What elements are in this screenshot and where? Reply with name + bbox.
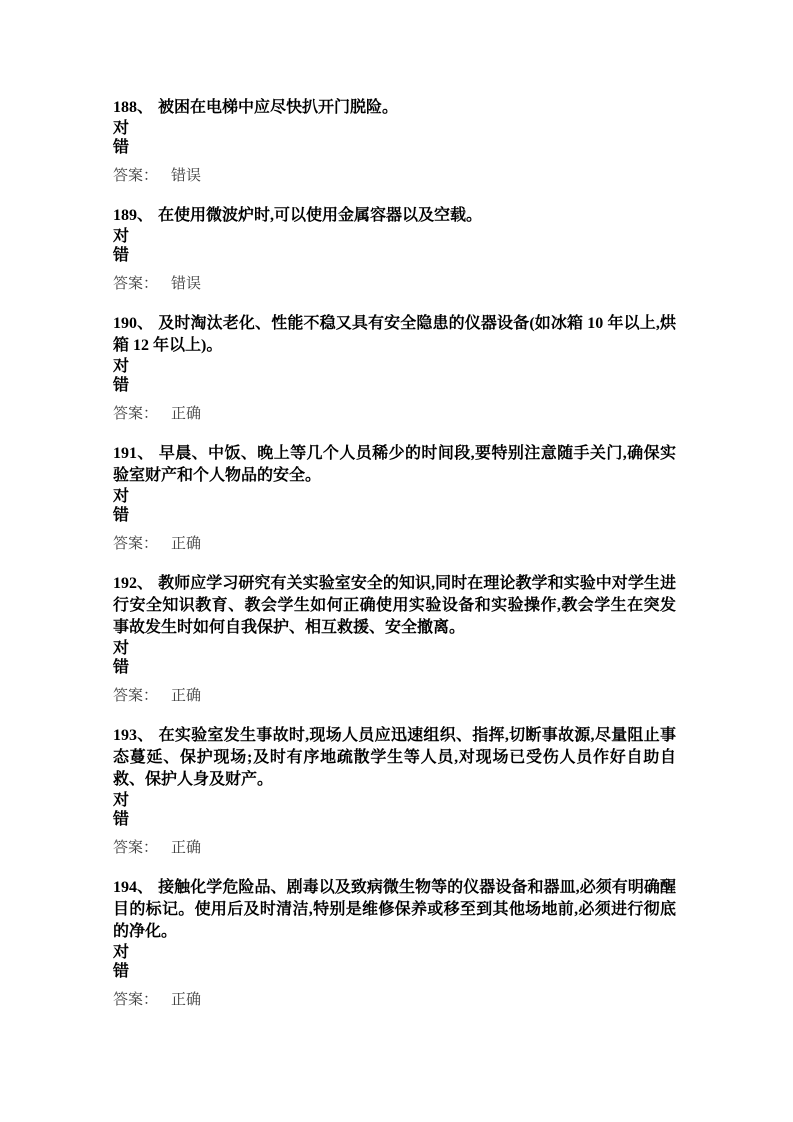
question-body: 早晨、中饭、晚上等几个人员稀少的时间段,要特别注意随手关门,确保实验室财产和个人… (113, 445, 676, 484)
answer-label: 答案： (113, 276, 158, 292)
question-body: 被困在电梯中应尽快扒开门脱险。 (158, 99, 398, 116)
question-block: 194、接触化学危险品、剧毒以及致病微生物等的仪器设备和器皿,必须有明确醒目的标… (113, 877, 676, 1010)
option-false: 错 (113, 138, 676, 157)
answer-label: 答案： (113, 168, 158, 184)
question-text: 193、在实验室发生事故时,现场人员应迅速组织、指挥,切断事故源,尽量阻止事态蔓… (113, 725, 676, 791)
answer-value: 正确 (171, 840, 201, 856)
question-number: 194、 (113, 879, 153, 896)
option-false: 错 (113, 658, 676, 677)
option-true: 对 (113, 357, 676, 376)
question-text: 188、被困在电梯中应尽快扒开门脱险。 (113, 97, 676, 119)
question-body: 在实验室发生事故时,现场人员应迅速组织、指挥,切断事故源,尽量阻止事态蔓延、保护… (113, 727, 676, 788)
question-body: 及时淘汰老化、性能不稳又具有安全隐患的仪器设备(如冰箱 10 年以上,烘箱 12… (113, 315, 676, 354)
answer-label: 答案： (113, 992, 158, 1008)
question-block: 191、早晨、中饭、晚上等几个人员稀少的时间段,要特别注意随手关门,确保实验室财… (113, 443, 676, 554)
question-text: 191、早晨、中饭、晚上等几个人员稀少的时间段,要特别注意随手关门,确保实验室财… (113, 443, 676, 487)
answer-line: 答案：错误 (113, 275, 676, 294)
answer-line: 答案：正确 (113, 991, 676, 1010)
answer-label: 答案： (113, 406, 158, 422)
question-number: 191、 (113, 445, 154, 462)
option-true: 对 (113, 227, 676, 246)
answer-label: 答案： (113, 840, 158, 856)
question-text: 190、及时淘汰老化、性能不稳又具有安全隐患的仪器设备(如冰箱 10 年以上,烘… (113, 313, 676, 357)
option-false: 错 (113, 962, 676, 981)
answer-value: 错误 (171, 168, 201, 184)
question-body: 在使用微波炉时,可以使用金属容器以及空载。 (158, 207, 482, 224)
question-block: 192、教师应学习研究有关实验室安全的知识,同时在理论教学和实验中对学生进行安全… (113, 573, 676, 706)
question-number: 193、 (113, 727, 154, 744)
exam-answer-page: 188、被困在电梯中应尽快扒开门脱险。 对 错 答案：错误 189、在使用微波炉… (0, 0, 793, 1122)
option-false: 错 (113, 810, 676, 829)
question-block: 188、被困在电梯中应尽快扒开门脱险。 对 错 答案：错误 (113, 97, 676, 186)
question-text: 194、接触化学危险品、剧毒以及致病微生物等的仪器设备和器皿,必须有明确醒目的标… (113, 877, 676, 943)
option-true: 对 (113, 119, 676, 138)
question-block: 190、及时淘汰老化、性能不稳又具有安全隐患的仪器设备(如冰箱 10 年以上,烘… (113, 313, 676, 424)
question-body: 教师应学习研究有关实验室安全的知识,同时在理论教学和实验中对学生进行安全知识教育… (113, 575, 676, 636)
answer-value: 错误 (171, 276, 201, 292)
question-text: 192、教师应学习研究有关实验室安全的知识,同时在理论教学和实验中对学生进行安全… (113, 573, 676, 639)
option-true: 对 (113, 639, 676, 658)
option-false: 错 (113, 246, 676, 265)
option-false: 错 (113, 376, 676, 395)
answer-label: 答案： (113, 688, 158, 704)
answer-value: 正确 (171, 536, 201, 552)
question-number: 188、 (113, 99, 153, 116)
question-number: 192、 (113, 575, 153, 592)
answer-line: 答案：正确 (113, 839, 676, 858)
option-true: 对 (113, 791, 676, 810)
option-true: 对 (113, 487, 676, 506)
document-body: { "page": { "background_color": "#ffffff… (0, 0, 793, 1122)
answer-line: 答案：正确 (113, 535, 676, 554)
answer-value: 正确 (171, 688, 201, 704)
question-block: 193、在实验室发生事故时,现场人员应迅速组织、指挥,切断事故源,尽量阻止事态蔓… (113, 725, 676, 858)
question-number: 189、 (113, 207, 153, 224)
question-number: 190、 (113, 315, 153, 332)
answer-value: 正确 (171, 406, 201, 422)
option-true: 对 (113, 943, 676, 962)
question-text: 189、在使用微波炉时,可以使用金属容器以及空载。 (113, 205, 676, 227)
question-body: 接触化学危险品、剧毒以及致病微生物等的仪器设备和器皿,必须有明确醒目的标记。使用… (113, 879, 676, 940)
answer-line: 答案：正确 (113, 405, 676, 424)
answer-value: 正确 (171, 992, 201, 1008)
answer-line: 答案：正确 (113, 687, 676, 706)
answer-label: 答案： (113, 536, 158, 552)
answer-line: 答案：错误 (113, 167, 676, 186)
question-block: 189、在使用微波炉时,可以使用金属容器以及空载。 对 错 答案：错误 (113, 205, 676, 294)
option-false: 错 (113, 506, 676, 525)
question-list: 188、被困在电梯中应尽快扒开门脱险。 对 错 答案：错误 189、在使用微波炉… (113, 97, 676, 1010)
